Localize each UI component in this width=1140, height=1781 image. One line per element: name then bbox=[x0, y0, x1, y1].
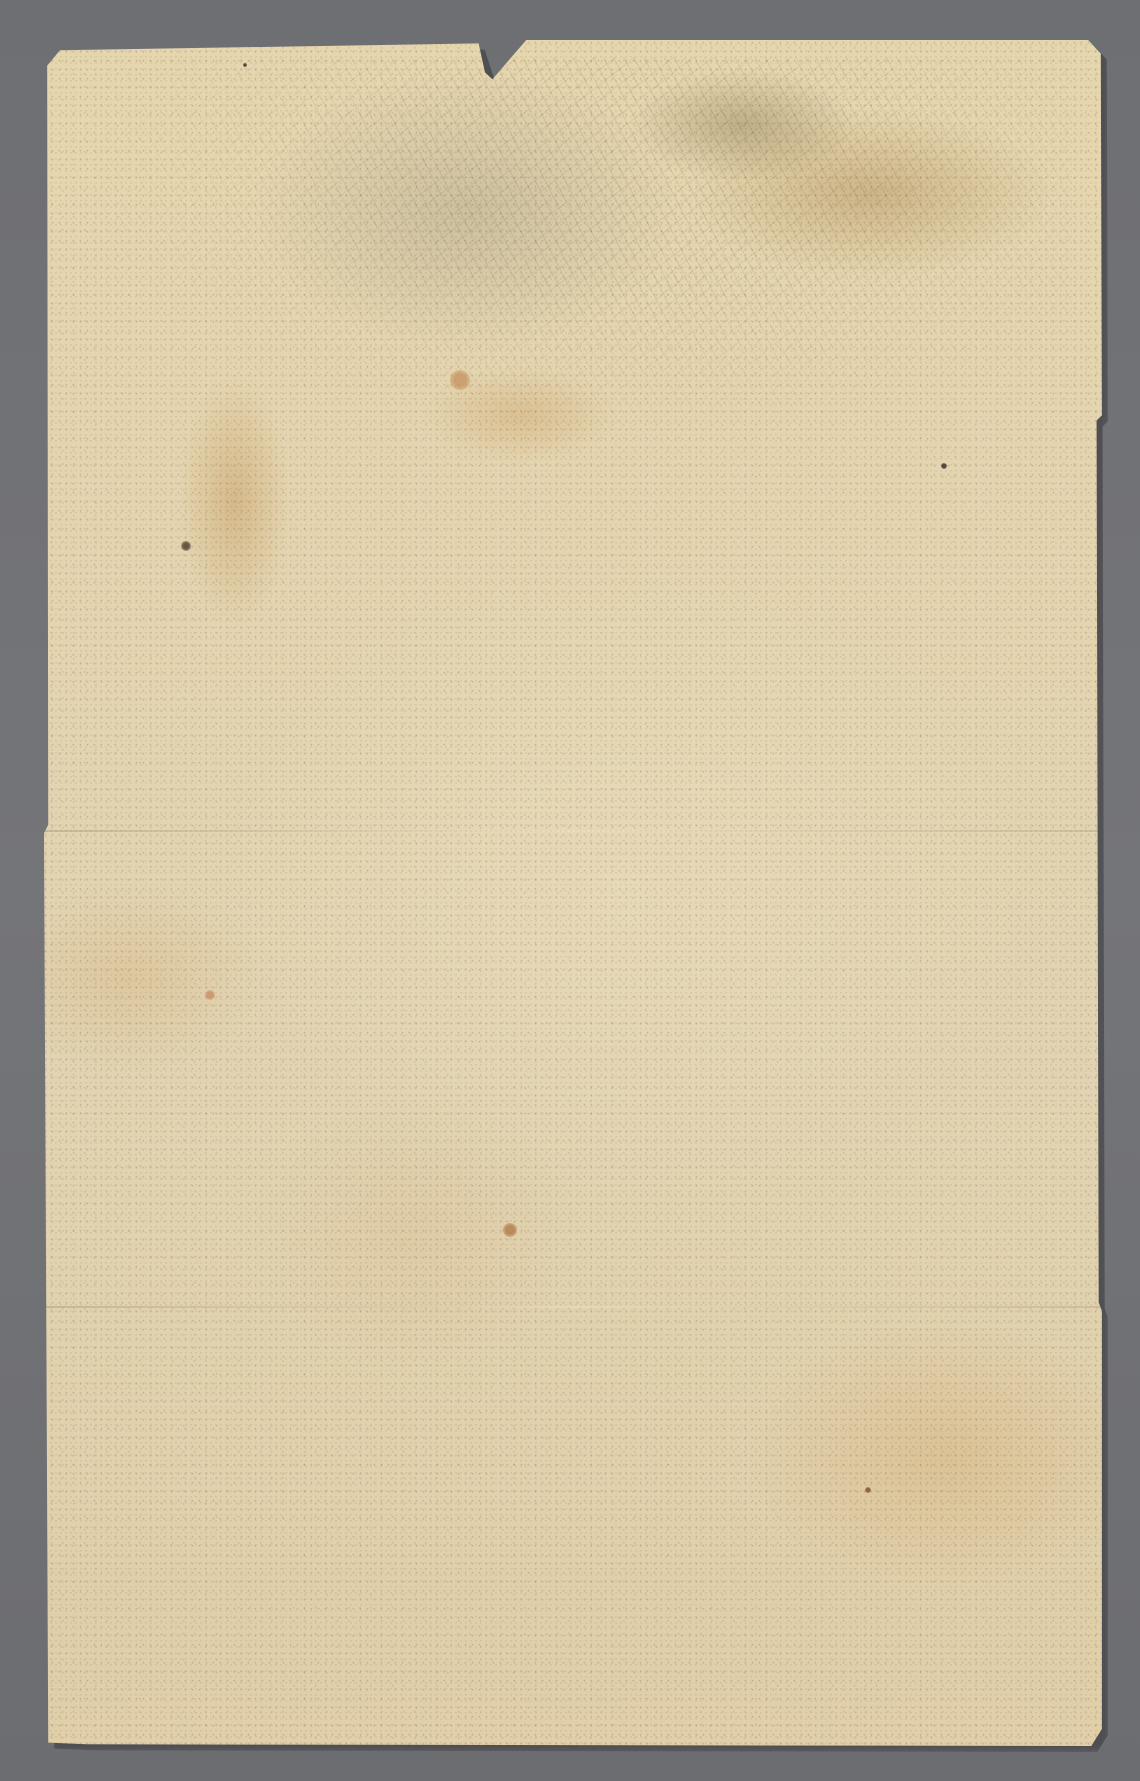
stain-spot bbox=[503, 1223, 517, 1237]
aged-paper-sheet bbox=[44, 40, 1104, 1746]
fold-crease bbox=[44, 830, 1104, 832]
stain-spot bbox=[181, 541, 191, 551]
paper-speckle-texture bbox=[44, 40, 1104, 1746]
stain-spot bbox=[941, 463, 947, 469]
stain-spot bbox=[205, 990, 215, 1000]
gray-backdrop bbox=[0, 0, 1140, 1781]
stain-spot bbox=[865, 1487, 871, 1493]
stain-spot bbox=[243, 63, 247, 67]
fold-crease bbox=[44, 1306, 1104, 1308]
stain-spot bbox=[450, 370, 470, 390]
